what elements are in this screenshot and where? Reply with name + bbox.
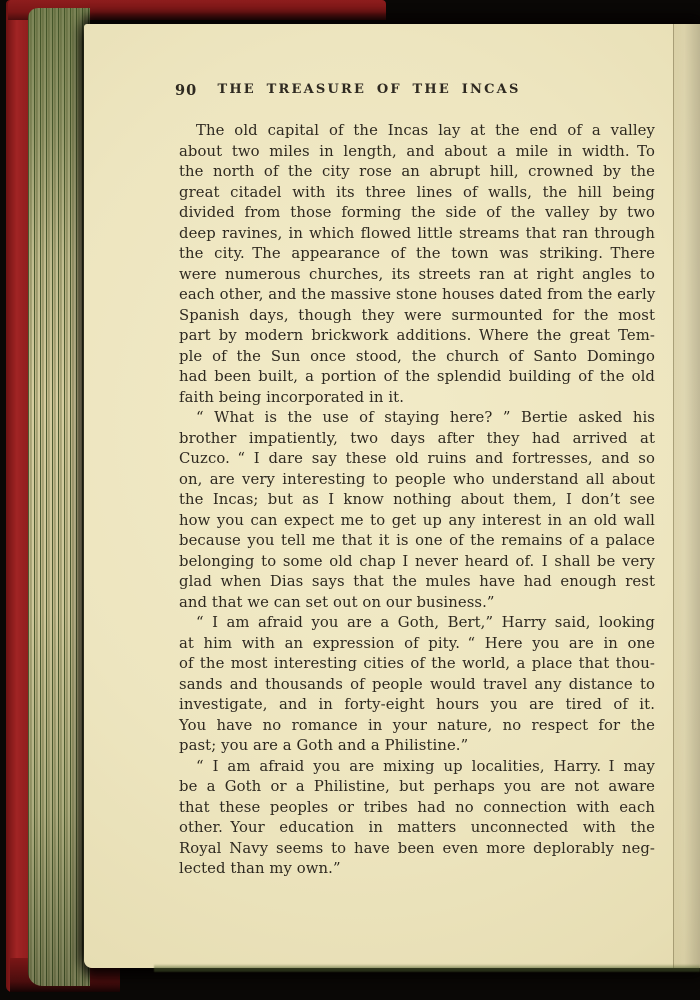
text-line: sands and thousands of people would trav… [179, 675, 655, 696]
text-line: Royal Navy seems to have been even more … [179, 839, 655, 860]
text-line: deep ravines, in which flowed little str… [179, 224, 655, 245]
text-line: had been built, a portion of the splendi… [179, 367, 655, 388]
text-line: investigate, and in forty-eight hours yo… [179, 695, 655, 716]
text-line: each other, and the massive stone houses… [179, 285, 655, 306]
text-line: of the most interesting cities of the wo… [179, 654, 655, 675]
text-line: lected than my own.” [179, 859, 655, 880]
text-line: You have no romance in your nature, no r… [179, 716, 655, 737]
text-line: on, are very interesting to people who u… [179, 470, 655, 491]
text-line: faith being incorporated in it. [179, 388, 655, 409]
paragraph-4: “ I am afraid you are mixing up localiti… [179, 757, 655, 880]
text-line: belonging to some old chap I never heard… [179, 552, 655, 573]
next-page-edge [673, 24, 700, 968]
text-line: that these peoples or tribes had no conn… [179, 798, 655, 819]
text-line: glad when Dias says that the mules have … [179, 572, 655, 593]
text-line: and that we can set out on our business.… [179, 593, 655, 614]
page-header: 90 THE TREASURE OF THE INCAS [179, 82, 655, 98]
text-line: “ I am afraid you are a Goth, Bert,” Har… [179, 613, 655, 634]
running-title: THE TREASURE OF THE INCAS [131, 82, 607, 97]
scanned-book-photo: 90 THE TREASURE OF THE INCAS The old cap… [0, 0, 700, 1000]
text-line: other. Your education in matters unconne… [179, 818, 655, 839]
text-line: about two miles in length, and about a m… [179, 142, 655, 163]
paragraph-1: The old capital of the Incas lay at the … [179, 121, 655, 408]
paragraph-3: “ I am afraid you are a Goth, Bert,” Har… [179, 613, 655, 757]
text-line: at him with an expression of pity. “ Her… [179, 634, 655, 655]
text-line: Spanish days, though they were surmounte… [179, 306, 655, 327]
text-line: part by modern brickwork additions. Wher… [179, 326, 655, 347]
body-text: The old capital of the Incas lay at the … [179, 121, 655, 880]
text-line: how you can expect me to get up any inte… [179, 511, 655, 532]
text-line: divided from those forming the side of t… [179, 203, 655, 224]
text-line: be a Goth or a Philistine, but perhaps y… [179, 777, 655, 798]
page-content: 90 THE TREASURE OF THE INCAS The old cap… [84, 24, 655, 880]
text-line: “ What is the use of staying here? ” Ber… [179, 408, 655, 429]
text-line: the Incas; but as I know nothing about t… [179, 490, 655, 511]
text-line: because you tell me that it is one of th… [179, 531, 655, 552]
stacked-page-edges [28, 8, 90, 986]
text-line: the city. The appearance of the town was… [179, 244, 655, 265]
text-line: “ I am afraid you are mixing up localiti… [179, 757, 655, 778]
text-line: the north of the city rose an abrupt hil… [179, 162, 655, 183]
text-line: brother impatiently, two days after they… [179, 429, 655, 450]
text-line: were numerous churches, its streets ran … [179, 265, 655, 286]
text-line: past; you are a Goth and a Philistine.” [179, 736, 655, 757]
paragraph-2: “ What is the use of staying here? ” Ber… [179, 408, 655, 613]
text-line: Cuzco. “ I dare say these old ruins and … [179, 449, 655, 470]
text-line: The old capital of the Incas lay at the … [179, 121, 655, 142]
text-line: ple of the Sun once stood, the church of… [179, 347, 655, 368]
text-line: great citadel with its three lines of wa… [179, 183, 655, 204]
page-bottom-edge [154, 964, 700, 972]
book-page: 90 THE TREASURE OF THE INCAS The old cap… [84, 24, 700, 968]
